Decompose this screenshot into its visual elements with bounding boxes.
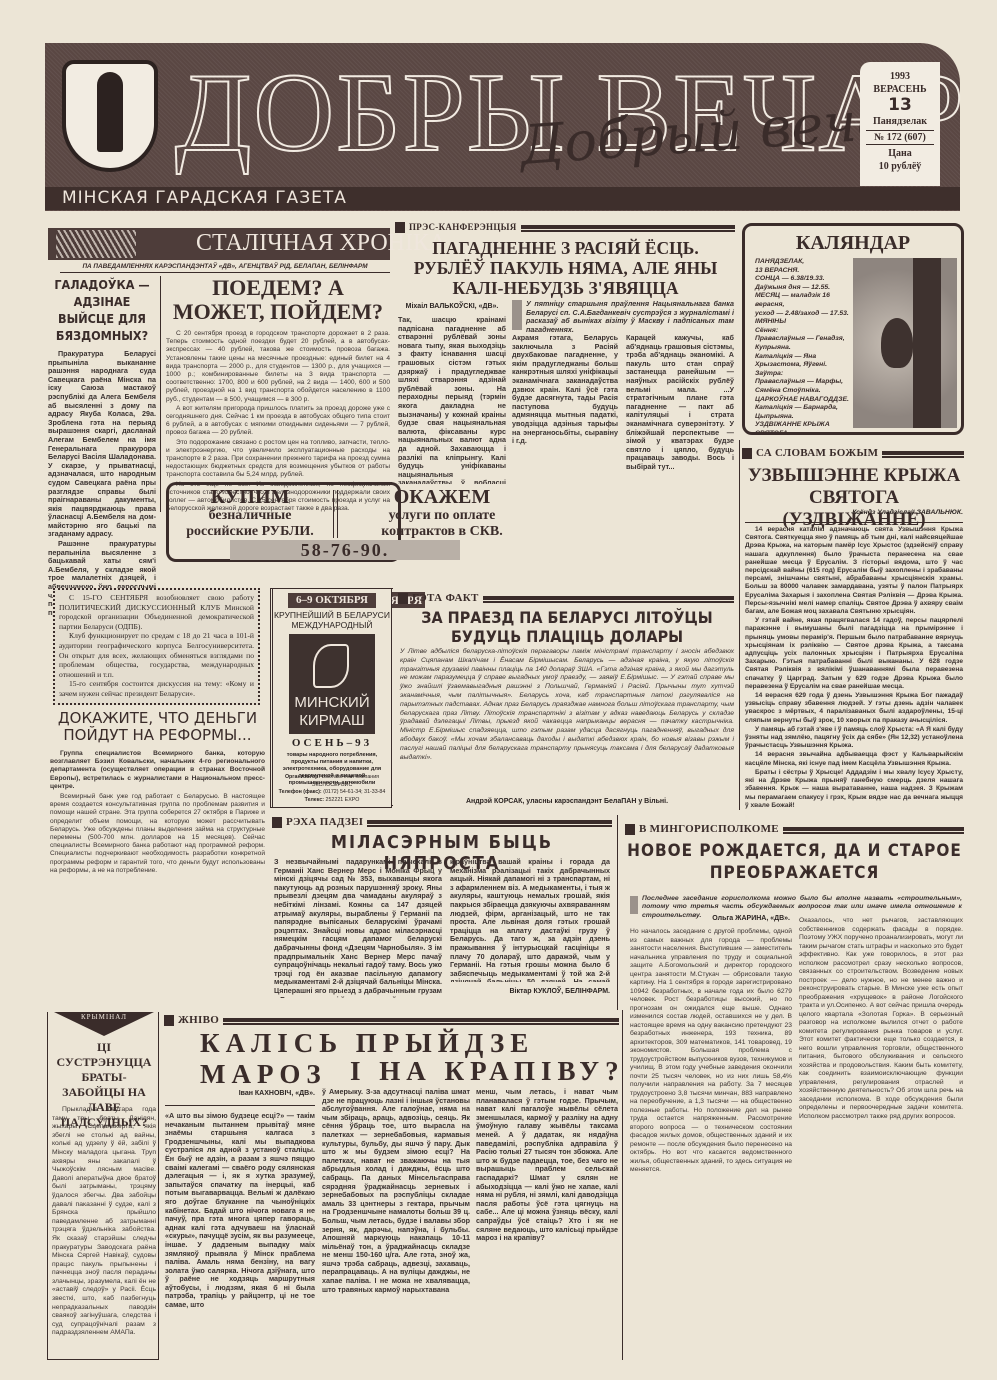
column-divider bbox=[739, 440, 740, 810]
echo-column-2: кіраўніцтва вашай краіны і горада да мех… bbox=[450, 858, 610, 982]
rubric-square-icon bbox=[272, 817, 282, 828]
calendar-line: ІМЯНІНЫ bbox=[755, 318, 853, 327]
rubric-square-icon bbox=[395, 222, 405, 233]
calendar-line: 13 ВЕРАСНЯ. bbox=[755, 267, 853, 276]
press-author: Міхаіл ВАЛЬКОЎСКІ, «ДВ». bbox=[398, 303, 506, 310]
fact-rubric-label: ГЭТА ФАКТ bbox=[412, 592, 479, 604]
fair-line-2: МЕЖДУНАРОДНЫЙ bbox=[273, 620, 391, 630]
calendar-title: КАЛЯНДАР bbox=[745, 232, 961, 255]
chronicle-sources: ПА ПАВЕДАМЛЕННЯХ КАРЭСПАНДЭНТАЎ «ДВ», АГ… bbox=[60, 263, 390, 273]
fair-organizer-label: Организатор: bbox=[285, 774, 320, 780]
fair-organizer: Выставочная компания "ЭКСПОСЕРВИС" bbox=[310, 774, 379, 788]
echo-rubric-label: РЭХА ПАДЗЕІ bbox=[286, 816, 363, 828]
crime-box: КРЫМІНАЛ ЦІ СУСТРЭНУЦЦА БРАТЫ-ЗАБОЙЦЫ НА… bbox=[47, 1012, 159, 1360]
city-rubric-label: В МИНГОРИСПОЛКОМЕ bbox=[639, 823, 779, 835]
club-paragraph: 15-го сентября состоится дискуссия на те… bbox=[59, 679, 254, 698]
madonna-figure-icon bbox=[97, 72, 123, 152]
faith-paragraph: Браты і сёстры ў Хрысце! Аддадзім і мы х… bbox=[745, 769, 963, 810]
issue-year: 1993 bbox=[860, 70, 940, 83]
lead-marker-icon bbox=[512, 300, 522, 330]
woodpecker-photo bbox=[853, 258, 957, 428]
price-label: Цана bbox=[860, 147, 940, 160]
transport-paragraph: С 20 сентября проезд в городском транспо… bbox=[166, 330, 390, 404]
city-rubric: В МИНГОРИСПОЛКОМЕ bbox=[625, 822, 964, 836]
issue-day: 13 bbox=[860, 96, 940, 115]
press-rubric-label: ПРЭС-КАНФЕРЭНЦЫЯ bbox=[409, 222, 517, 232]
hunger-paragraph: Пракуратура Беларусі прыпыніла выкананне… bbox=[48, 350, 156, 539]
rubric-square-icon bbox=[398, 593, 408, 604]
fair-telex: 252221 EXPO bbox=[326, 797, 360, 803]
calendar-line: ЦАРКОЎНАЕ НАВАГОДДЗЕ. bbox=[755, 396, 853, 405]
hunger-headline: ГАЛАДОЎКА — АДЗІНАЕ ВЫЙСЦЕ ДЛЯ БЯЗДОМНЫХ… bbox=[52, 276, 152, 344]
city-column-2: Оказалось, что нет рычагов, заставляющих… bbox=[799, 917, 963, 1337]
calendar-line: усход — 2.48/заход — 17.53. bbox=[755, 310, 853, 319]
crime-banner: КРЫМІНАЛ bbox=[54, 1013, 154, 1021]
ad-divider bbox=[333, 490, 338, 538]
press-rubric: ПРЭС-КАНФЕРЭНЦЫЯ bbox=[395, 220, 735, 234]
calendar-line: ПАНЯДЗЕЛАК, bbox=[755, 258, 853, 267]
calendar-info: ПАНЯДЗЕЛАК, 13 ВЕРАСНЯ. СОНЦА — 6.38/19.… bbox=[755, 258, 853, 438]
column-divider bbox=[617, 815, 618, 1010]
faith-paragraph: 14 верасня 629 года ў дзень Узвышэння Кр… bbox=[745, 692, 963, 725]
fair-telex-label: Телекс: bbox=[305, 797, 324, 803]
faith-rubric-label: СА СЛОВАМ БОЖЫМ bbox=[756, 447, 878, 459]
worldbank-body: Всемирный банк уже год работает с Белару… bbox=[50, 793, 265, 875]
live-author: Іван КАХНОВІЧ, «ДВ». bbox=[165, 1090, 315, 1106]
rooster-icon bbox=[313, 644, 349, 688]
faith-author: Ксёндз Уладзіслаў ЗАВАЛЬНЮК. bbox=[745, 509, 963, 516]
live-column-2: ў Амерыку. З-за адсутнасці паліва шмат д… bbox=[322, 1088, 470, 1362]
ad-buy-line: российские РУБЛИ. bbox=[170, 524, 330, 540]
echo-author: Віктар КУКЛОЎ, БЕЛІНФАРМ. bbox=[450, 988, 610, 995]
rubric-bar bbox=[483, 596, 734, 601]
crime-paragraph: Прыкладна паўтара года таму тры браты Да… bbox=[52, 1106, 156, 1338]
fair-logo: МИНСКИЙ КИРМАШ bbox=[289, 634, 375, 734]
issue-number: № 172 (607) bbox=[866, 130, 934, 145]
transport-paragraph: Это подорожание связано с ростом цен на … bbox=[166, 439, 390, 480]
club-paragraph: Клуб функционирует по средам с 18 до 21 … bbox=[59, 631, 254, 679]
chronicle-banner: СТАЛІЧНАЯ ХРОНІКА bbox=[48, 228, 390, 260]
faith-paragraph: 14 верасня каталікі адзначаюць свята Узв… bbox=[745, 526, 963, 616]
faith-rubric: СА СЛОВАМ БОЖЫМ bbox=[742, 446, 964, 460]
press-headline: ПАГАДНЕННЕ З РАСІЯЙ ЁСЦЬ. РУБЛЁЎ ПАКУЛЬ … bbox=[398, 238, 733, 298]
faith-paragraph: 14 верасня звычайна адбываецца фэст у Ка… bbox=[745, 751, 963, 767]
fact-headline: ЗА ПРАЕЗД ПА БЕЛАРУСІ ЛІТОЎЦЫ БУДУЦЬ ПЛА… bbox=[400, 608, 734, 646]
echo-rubric: РЭХА ПАДЗЕІ bbox=[272, 815, 612, 829]
faith-paragraph: У памяць аб гэтай з'яве і ў памяць слоў … bbox=[745, 726, 963, 751]
calendar-box: КАЛЯНДАР ПАНЯДЗЕЛАК, 13 ВЕРАСНЯ. СОНЦА —… bbox=[742, 223, 964, 435]
transport-article: ПОЕДЕМ? А МОЖЕТ, ПОЙДЕМ? С 20 сентября п… bbox=[166, 276, 390, 514]
issue-weekday: Панядзелак bbox=[860, 115, 940, 128]
crime-body: Прыкладна паўтара года таму тры браты Да… bbox=[52, 1106, 156, 1339]
echo-column-1: З незвычайнымі падарункамі прыехалі з Ге… bbox=[274, 858, 442, 998]
rubric-bar bbox=[367, 820, 612, 825]
city-column-1: Но началось заседание с другой проблемы,… bbox=[630, 928, 792, 1368]
calendar-line: Праваслаўныя — Марфы, Сямёна Стоўпніка. bbox=[755, 378, 853, 395]
transport-paragraph: А вот жителям пригорода пришлось платить… bbox=[166, 405, 390, 438]
club-notice: С 15-ГО СЕНТЯБРЯ возобновляет свою работ… bbox=[53, 588, 260, 705]
live-rubric: ЖНІВО bbox=[164, 1013, 619, 1027]
fair-logo-word-1: МИНСКИЙ bbox=[289, 694, 375, 711]
fair-ad-final: 6–9 ОКТЯБРЯ КРУПНЕЙШИЙ В БЕЛАРУСИ МЕЖДУН… bbox=[272, 588, 392, 808]
worldbank-article: ДОКАЖИТЕ, ЧТО ДЕНЬГИ ПОЙДУТ НА РЕФОРМЫ..… bbox=[50, 710, 265, 876]
worldbank-headline: ДОКАЖИТЕ, ЧТО ДЕНЬГИ ПОЙДУТ НА РЕФОРМЫ..… bbox=[50, 710, 265, 744]
calendar-line: МЕСЯЦ — маладзік 16 верасня, bbox=[755, 292, 853, 309]
city-author: Ольга ЖАРИНА, «ДВ». bbox=[630, 915, 790, 922]
calendar-line: Праваслаўныя — Генадзя, Купрыяна. bbox=[755, 335, 853, 352]
fact-rubric: ГЭТА ФАКТ bbox=[398, 591, 734, 605]
faith-body: 14 верасня каталікі адзначаюць свята Узв… bbox=[745, 522, 963, 811]
calendar-line: СОНЦА — 6.38/19.33. bbox=[755, 275, 853, 284]
rubric-bar bbox=[783, 827, 964, 832]
rubric-bar bbox=[882, 451, 964, 456]
live-headline-line-2: І НА КРАПІВУ? bbox=[350, 1056, 650, 1087]
calendar-line: Каталіцкія — Яна Хрызастома, Яўгені. bbox=[755, 353, 853, 370]
press-column-2: Акрамя гэтага, Беларусь заключыла з Расі… bbox=[512, 334, 618, 554]
hunger-article: ГАЛАДОЎКА — АДЗІНАЕ ВЫЙСЦЕ ДЛЯ БЯЗДОМНЫХ… bbox=[48, 276, 156, 629]
fair-phone: (0172) 54-61-34; 31-33-84 bbox=[323, 789, 385, 795]
tree-trunk-icon bbox=[913, 258, 941, 428]
rubric-square-icon bbox=[742, 448, 752, 459]
calendar-line: УЗДВІЖАННЕ КРЫЖА СВЯТОГА. bbox=[755, 421, 853, 438]
calendar-line: Каталіцкія — Барнарда, Цыпрыяна. bbox=[755, 404, 853, 421]
rubric-square-icon bbox=[164, 1015, 174, 1026]
price-value: 10 рублёў bbox=[860, 160, 940, 173]
fair-season: ОСЕНЬ–93 bbox=[273, 737, 391, 749]
worldbank-lead: Группа специалистов Всемирного банка, ко… bbox=[50, 750, 265, 791]
fair-phone-label: Телефон (факс): bbox=[279, 789, 322, 795]
ad-phone-band: 58-76-90. bbox=[230, 540, 460, 560]
faith-paragraph: У гэтай вайне, якая працягвалася 14 гадо… bbox=[745, 617, 963, 691]
press-column-3: Карацей кажучы, каб аб'яднаць грашовыя с… bbox=[626, 334, 734, 554]
newspaper-subtitle: МІНСКАЯ ГАРАДСКАЯ ГАЗЕТА bbox=[62, 188, 347, 208]
transport-headline: ПОЕДЕМ? А МОЖЕТ, ПОЙДЕМ? bbox=[166, 276, 390, 324]
fair-line-1: КРУПНЕЙШИЙ В БЕЛАРУСИ bbox=[273, 610, 391, 620]
lead-marker-icon bbox=[630, 896, 638, 914]
press-lead: У пятніцу старшыня праўлення Нацыянальна… bbox=[526, 300, 734, 334]
live-rubric-label: ЖНІВО bbox=[178, 1014, 219, 1026]
ad-buy-line: безналичные bbox=[170, 508, 330, 524]
fact-body: У Літве адбыліся беларуска-літоўскія пер… bbox=[400, 648, 734, 762]
fair-logo-word-2: КИРМАШ bbox=[289, 712, 375, 729]
fair-contacts: Организатор: Выставочная компания "ЭКСПО… bbox=[276, 774, 388, 804]
rubric-bar bbox=[521, 225, 735, 230]
woodpecker-icon bbox=[881, 318, 913, 368]
ad-buy-block: КУПИМ безналичные российские РУБЛИ. bbox=[170, 486, 330, 540]
issue-date-box: 1993 ВЕРАСЕНЬ 13 Панядзелак № 172 (607) … bbox=[860, 62, 940, 186]
live-column-1: «А што вы зімою будзеце есці?» — такім н… bbox=[165, 1112, 315, 1362]
column-divider bbox=[622, 1010, 623, 1360]
ad-buy-title: КУПИМ bbox=[170, 486, 330, 508]
fair-dates-label: 6–9 ОКТЯБРЯ bbox=[288, 593, 376, 608]
rubric-square-icon bbox=[625, 824, 635, 835]
city-headline: НОВОЕ РОЖДАЕТСЯ, ДА И СТАРОЕ ПРЕОБРАЖАЕТ… bbox=[625, 840, 964, 884]
live-column-3: менш, чым летась, і нават чым планавалас… bbox=[476, 1088, 618, 1362]
column-divider bbox=[160, 276, 161, 512]
street-lamp-icon bbox=[56, 230, 136, 258]
ad-phone: 58-76-90. bbox=[301, 540, 390, 560]
press-column-1: Так, шасцю краінамі падпісана пагадненне… bbox=[398, 316, 506, 484]
fact-author: Андрэй КОРСАК, уласны карэспандэнт БелаП… bbox=[400, 798, 734, 805]
rubric-bar bbox=[223, 1018, 619, 1023]
club-paragraph: С 15-ГО СЕНТЯБРЯ возобновляет свою работ… bbox=[59, 593, 254, 631]
